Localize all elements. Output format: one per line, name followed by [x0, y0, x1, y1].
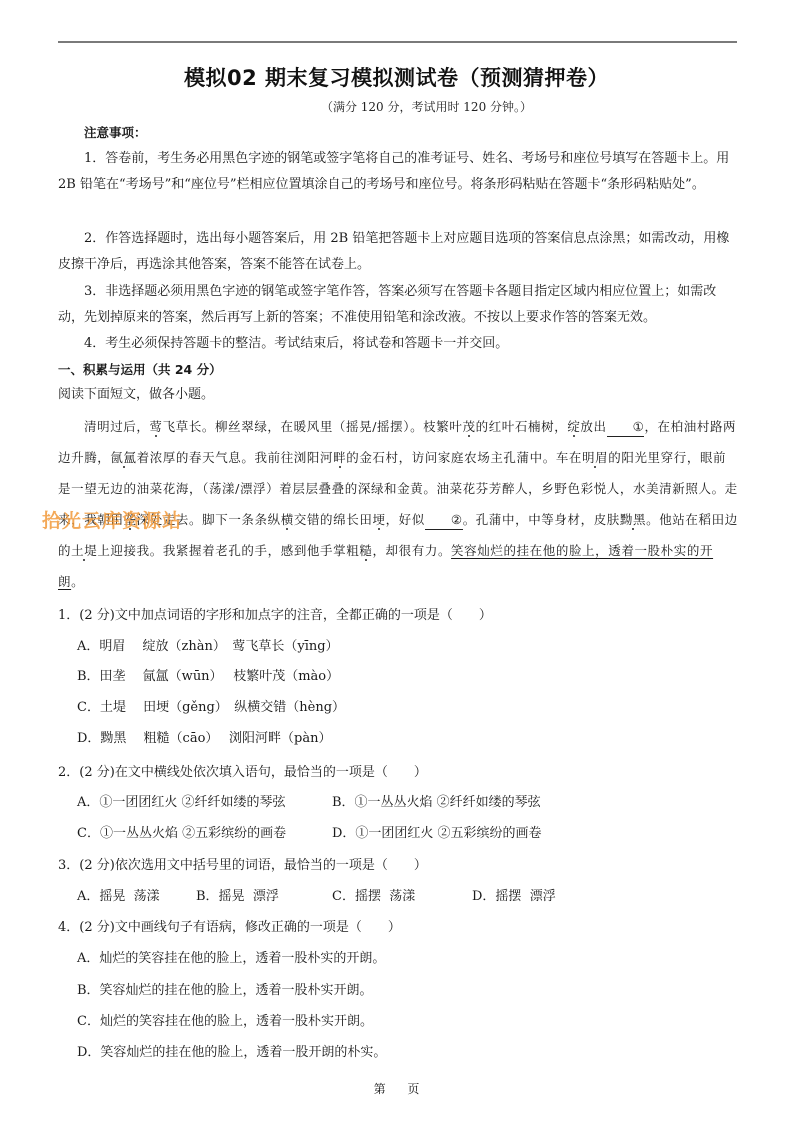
notice-heading: 注意事项： — [84, 120, 764, 146]
question-1-option-c: C．土堤 田埂（gěng） 纵横交错（hèng） — [77, 698, 345, 718]
header-rule — [58, 41, 737, 43]
question-4-stem: 4．(2 分)文中画线句子有语病，修改正确的一项是（ ） — [58, 918, 401, 938]
question-2-option-b: B．①一丛丛火焰 ②纤纤如缕的琴弦 — [332, 793, 541, 813]
question-1-option-a: A．明眉 绽放（zhàn） 莺飞草长（yīng） — [77, 637, 339, 657]
blank-1: ① — [607, 418, 645, 437]
question-2-option-a: A．①一团团红火 ②纤纤如缕的琴弦 — [77, 793, 286, 813]
question-4-option-c: C．灿烂的笑容挂在他的脸上，透着一股朴实开朗。 — [77, 1012, 373, 1032]
question-2-stem: 2．(2 分)在文中横线处依次填入语句，最恰当的一项是（ ） — [58, 763, 427, 783]
question-4-option-a: A．灿烂的笑容挂在他的脸上，透着一股朴实的开朗。 — [77, 949, 385, 969]
watermark: 拾光云库资源站 — [42, 506, 182, 533]
blank-2: ② — [425, 511, 463, 530]
page-footer: 第 页 — [0, 1080, 793, 1097]
notice-4: 4．考生必须保持答题卡的整洁。考试结束后，将试卷和答题卡一并交回。 — [58, 331, 738, 357]
question-1-option-b: B．田垄 氤氲（wūn） 枝繁叶茂（mào） — [77, 667, 339, 687]
question-3-option-c: C．摇摆 荡漾 — [332, 887, 415, 907]
question-3-option-d: D．摇摆 漂浮 — [472, 887, 556, 907]
question-1-stem: 1．(2 分)文中加点词语的字形和加点字的注音，全都正确的一项是（ ） — [58, 606, 492, 626]
question-4-option-d: D．笑容灿烂的挂在他的脸上，透着一股开朗的朴实。 — [77, 1043, 386, 1063]
document-title: 模拟02 期末复习模拟测试卷（预测猜押卷） — [0, 62, 793, 92]
question-2-option-d: D．①一团团红火 ②五彩缤纷的画卷 — [332, 824, 542, 844]
question-3-stem: 3．(2 分)依次选用文中括号里的词语，最恰当的一项是（ ） — [58, 856, 427, 876]
notice-2: 2．作答选择题时，选出每小题答案后，用 2B 铅笔把答题卡上对应题目选项的答案信… — [58, 226, 738, 278]
question-3-option-a: A．摇晃 荡漾 — [77, 887, 160, 907]
reading-instruction: 阅读下面短文，做各小题。 — [58, 382, 738, 408]
question-2-option-c: C．①一丛丛火焰 ②五彩缤纷的画卷 — [77, 824, 286, 844]
question-4-option-b: B．笑容灿烂的挂在他的脸上，透着一股朴实开朗。 — [77, 981, 373, 1001]
question-3-option-b: B．摇晃 漂浮 — [196, 887, 279, 907]
reading-passage: 清明过后，莺飞草长。柳丝翠绿，在暖风里（摇晃/摇摆）。枝繁叶茂的红叶石楠树，绽放… — [58, 411, 738, 597]
document-subtitle: （满分 120 分，考试用时 120 分钟。） — [0, 98, 793, 115]
notice-1: 1．答卷前，考生务必用黑色字迹的钢笔或签字笔将自己的准考证号、姓名、考场号和座位… — [58, 146, 738, 198]
section-heading: 一、积累与运用（共 24 分） — [58, 357, 738, 383]
question-1-option-d: D．黝黑 粗糙（cāo） 浏阳河畔（pàn） — [77, 729, 332, 749]
notice-3: 3．非选择题必须用黑色字迹的钢笔或签字笔作答，答案必须写在答题卡各题目指定区域内… — [58, 279, 738, 331]
